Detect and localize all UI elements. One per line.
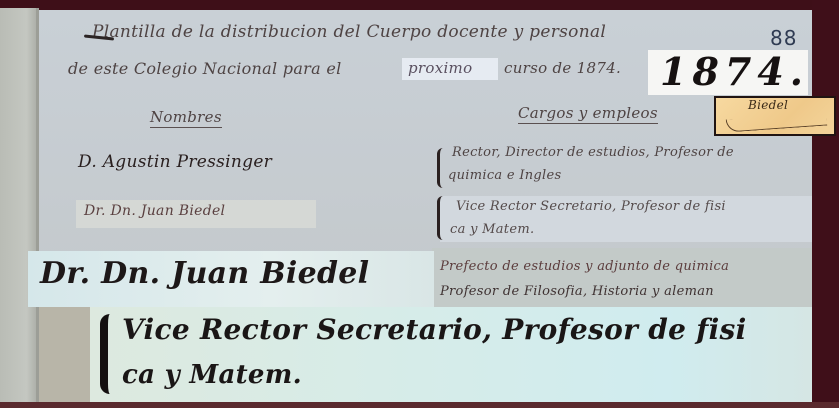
title-line-2: de este Colegio Nacional para el <box>68 59 342 78</box>
row-2-name: Dr. Dn. Juan Biedel <box>84 203 225 219</box>
row-2-cargo-line-1: Vice Rector Secretario, Profesor de fisi <box>456 199 726 214</box>
title-line-2-end: curso de 1874. <box>504 59 621 77</box>
row-3-cargo-line-1: Prefecto de estudios y adjunto de quimic… <box>440 259 729 274</box>
magnified-cargo-line-1: Vice Rector Secretario, Profesor de fisi <box>122 313 747 346</box>
page-number: 88 <box>770 26 797 50</box>
brace-icon <box>437 148 446 188</box>
column-header-nombres: Nombres <box>150 108 222 128</box>
book-binding-right <box>812 0 839 408</box>
magnified-name: Dr. Dn. Juan Biedel <box>40 256 369 291</box>
row-3-cargo-line-2: Profesor de Filosofia, Historia y aleman <box>440 284 714 299</box>
row-3-cargo-highlight <box>432 248 812 308</box>
page-margin <box>39 307 90 402</box>
signature-text: Biedel <box>748 98 788 112</box>
title-line-1: Plantilla de la distribucion del Cuerpo … <box>92 22 606 42</box>
highlighted-word: proximo <box>408 59 472 77</box>
column-header-cargos: Cargos y empleos <box>518 104 658 124</box>
row-1-name: D. Agustin Pressinger <box>78 152 272 172</box>
book-binding-bottom <box>0 402 839 408</box>
row-1-cargo-line-2: quimica e Ingles <box>448 168 561 183</box>
magnified-cargo-line-2: ca y Matem. <box>122 360 302 390</box>
previous-leaf <box>0 8 38 402</box>
brace-icon <box>100 314 118 394</box>
brace-icon <box>437 196 446 240</box>
year-text: 1874. <box>660 49 809 94</box>
row-1-cargo-line-1: Rector, Director de estudios, Profesor d… <box>452 145 734 160</box>
row-2-cargo-line-2: ca y Matem. <box>450 222 534 237</box>
